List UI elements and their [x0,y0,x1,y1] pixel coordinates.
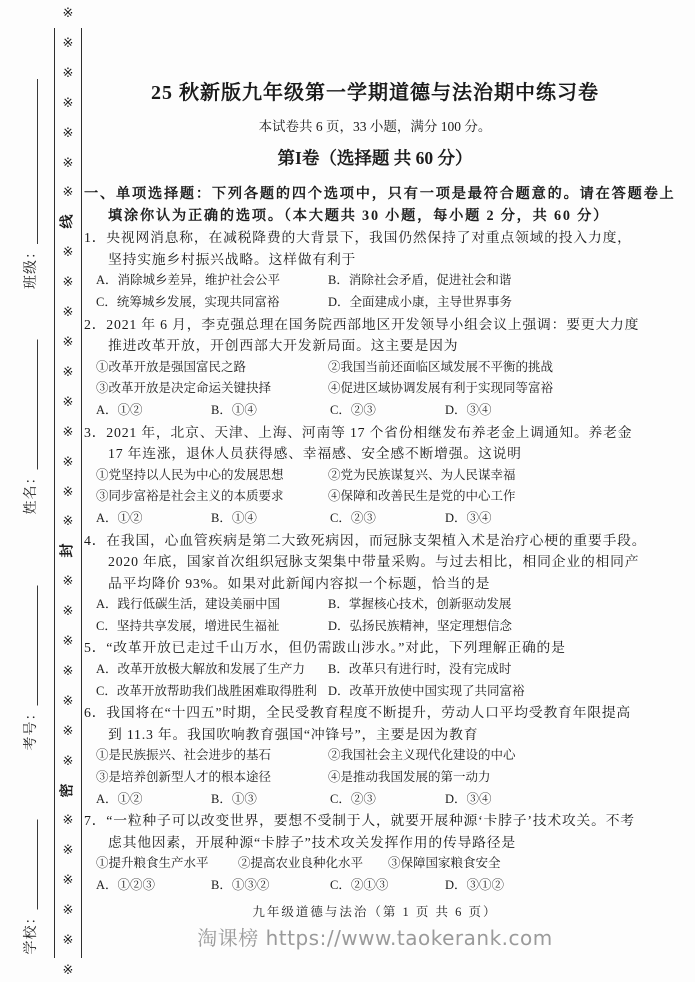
seal-strip-char: ※ [63,425,74,438]
instructions: 一、单项选择题：下列各题的四个选项中，只有一项是最符合题意的。请在答题卷上 填涂… [84,184,666,227]
seal-strip-char: ※ [63,36,74,49]
seal-strip-char: ※ [63,514,74,527]
statement-row: ①是民族振兴、社会进步的基石 ②我国社会主义现代化建设的中心 [84,745,666,767]
option-c: C．改革开放帮助我们战胜困难取得胜利 [96,681,328,703]
seal-strip-char: ※ [63,843,74,856]
option-b: B．消除社会矛盾，促进社会和谐 [328,270,511,292]
option-d: D．弘扬民族精神，坚定理想信念 [328,616,512,638]
exam-number-field-label: 考号： [20,706,40,751]
option-a: A．践行低碳生活，建设美丽中国 [96,594,328,616]
option-d: D．③①② [445,875,504,897]
statement-4: ④保障和改善民生是党的中心工作 [328,486,516,508]
option-d: D．③④ [445,789,492,811]
statement-4: ④是推动我国发展的第一动力 [328,767,491,789]
seal-strip-char: ※ [63,305,74,318]
option-row: A．践行低碳生活，建设美丽中国 B．掌握核心技术，创新驱动发展 [84,594,666,616]
watermark-url: 淘课榜 https://www.taokerank.com [84,926,666,950]
seal-strip-char: ※ [63,365,74,378]
exam-subtitle: 本试卷共 6 页，33 小题，满分 100 分。 [84,118,666,136]
statement-3: ③是培养创新型人才的根本途径 [96,767,328,789]
statement-2: ②提高农业良种化水平 [238,853,388,875]
statement-1: ①党坚持以人民为中心的发展思想 [96,465,328,487]
seal-strip-char: ※ [63,66,74,79]
statement-row: ①提升粮食生产水平 ②提高农业良种化水平 ③保障国家粮食安全 [84,853,666,875]
option-c: C．②①③ [330,875,445,897]
seal-strip-char: ※ [63,933,74,946]
statement-1: ①改革开放是强国富民之路 [96,357,328,379]
question-stem: 1．央视网消息称，在减税降费的大背景下，我国仍然保持了对重点领域的投入力度， [84,227,666,249]
question-stem: 5．“改革开放已走过千山万水，但仍需跋山涉水。”对此，下列理解正确的是 [84,637,666,659]
statement-row: ①党坚持以人民为中心的发展思想 ②党为民族谋复兴、为人民谋幸福 [84,465,666,487]
option-d: D．改革开放使中国实现了共同富裕 [328,681,525,703]
exam-page: 25 秋新版九年级第一学期道德与法治期中练习卷 本试卷共 6 页，33 小题，满… [84,0,666,950]
seal-strip-char: ※ [63,694,74,707]
question-3: 3．2021 年，北京、天津、上海、河南等 17 个省份相继发布养老金上调通知。… [84,422,666,530]
seal-strip-char: ※ [63,963,74,976]
option-c: C．②③ [330,400,445,422]
name-field-label: 姓名： [20,470,40,515]
school-field-blank [22,820,38,910]
seal-strip-char: ※ [63,275,74,288]
option-row: A．改革开放极大解放和发展了生产力 B．改革只有进行时，没有完成时 [84,659,666,681]
question-stem: 推进改革开放，开创西部大开发新局面。这主要是因为 [84,335,666,357]
option-d: D．全面建成小康，主导世界事务 [328,292,512,314]
option-a: A．消除城乡差异，维护社会公平 [96,270,328,292]
seal-strip-char: ※ [63,485,74,498]
statement-row: ③是培养创新型人才的根本途径 ④是推动我国发展的第一动力 [84,767,666,789]
question-7: 7．“一粒种子可以改变世界，要想不受制于人，就要开展种源‘卡脖子’技术攻关。不考… [84,810,666,896]
statement-2: ②我国社会主义现代化建设的中心 [328,745,516,767]
statement-row: ③同步富裕是社会主义的本质要求 ④保障和改善民生是党的中心工作 [84,486,666,508]
option-c: C．②③ [330,789,445,811]
statement-2: ②我国当前还面临区域发展不平衡的挑战 [328,357,553,379]
seal-strip-char: ※ [63,634,74,647]
option-row: A．消除城乡差异，维护社会公平 B．消除社会矛盾，促进社会和谐 [84,270,666,292]
section-title: 第I卷（选择题 共 60 分） [84,146,666,171]
answer-row: A．①②③ B．①③② C．②①③ D．③①② [84,875,666,897]
seal-strip-char: ※ [63,873,74,886]
seal-border-line-right [81,28,82,958]
option-a: A．①②③ [96,875,211,897]
option-c: C．坚持共享发展，增进民生福祉 [96,616,328,638]
seal-strip-char: 密 [62,783,75,797]
seal-strip-char: ※ [63,126,74,139]
instruction-line: 一、单项选择题：下列各题的四个选项中，只有一项是最符合题意的。请在答题卷上 [84,184,666,206]
seal-strip-char: ※ [63,455,74,468]
option-d: D．③④ [445,400,492,422]
option-c: C．统筹城乡发展，实现共同富裕 [96,292,328,314]
question-5: 5．“改革开放已走过千山万水，但仍需跋山涉水。”对此，下列理解正确的是 A．改革… [84,637,666,702]
question-6: 6．我国将在“十四五”时期，全民受教育程度不断提升，劳动人口平均受教育年限提高 … [84,702,666,810]
seal-strip-char: ※ [63,6,74,19]
seal-strip-char: 封 [62,544,75,558]
seal-strip-char: ※ [63,604,74,617]
question-stem: 虑其他因素，开展种源“卡脖子”技术攻关发挥作用的传导路径是 [84,832,666,854]
statement-2: ②党为民族谋复兴、为人民谋幸福 [328,465,516,487]
option-b: B．①③ [211,789,330,811]
statement-3: ③保障国家粮食安全 [388,853,501,875]
option-d: D．③④ [445,508,492,530]
option-row: C．改革开放帮助我们战胜困难取得胜利 D．改革开放使中国实现了共同富裕 [84,681,666,703]
exam-number-field-blank [22,586,38,706]
name-field-blank [22,340,38,470]
footer-page-number: 九年级道德与法治（第 1 页 共 6 页） [84,904,666,920]
statement-1: ①提升粮食生产水平 [96,853,238,875]
question-4: 4．在我国，心血管疾病是第二大致死病因，而冠脉支架植入术是治疗心梗的重要手段。 … [84,530,666,638]
seal-strip-char: ※ [63,335,74,348]
question-list: 1．央视网消息称，在减税降费的大背景下，我国仍然保持了对重点领域的投入力度， 坚… [84,227,666,896]
seal-strip-char: ※ [63,813,74,826]
seal-strip-char: ※ [63,395,74,408]
statement-3: ③同步富裕是社会主义的本质要求 [96,486,328,508]
answer-row: A．①② B．①③ C．②③ D．③④ [84,789,666,811]
statement-4: ④促进区域协调发展有利于实现同等富裕 [328,378,553,400]
seal-strip-char: 线 [62,215,75,229]
question-stem: 2020 年底，国家首次组织冠脉支架集中带量采购。与过去相比，相同企业的相同产 [84,551,666,573]
seal-strip-char: ※ [63,724,74,737]
statement-row: ①改革开放是强国富民之路 ②我国当前还面临区域发展不平衡的挑战 [84,357,666,379]
question-stem: 7．“一粒种子可以改变世界，要想不受制于人，就要开展种源‘卡脖子’技术攻关。不考 [84,810,666,832]
question-stem: 4．在我国，心血管疾病是第二大致死病因，而冠脉支架植入术是治疗心梗的重要手段。 [84,530,666,552]
answer-row: A．①② B．①④ C．②③ D．③④ [84,508,666,530]
seal-strip-char: ※ [63,156,74,169]
option-row: C．坚持共享发展，增进民生福祉 D．弘扬民族精神，坚定理想信念 [84,616,666,638]
seal-strip-char: ※ [63,574,74,587]
option-b: B．①④ [211,400,330,422]
seal-strip-char: ※ [63,185,74,198]
statement-row: ③改革开放是决定命运关键抉择 ④促进区域协调发展有利于实现同等富裕 [84,378,666,400]
option-a: A．改革开放极大解放和发展了生产力 [96,659,328,681]
exam-title: 25 秋新版九年级第一学期道德与法治期中练习卷 [84,80,666,106]
seal-strip-char: ※ [63,664,74,677]
question-stem: 品平均降价 93%。如果对此新闻内容拟一个标题，恰当的是 [84,573,666,595]
question-stem: 坚持实施乡村振兴战略。这样做有利于 [84,249,666,271]
question-stem: 到 11.3 年。我国吹响教育强国“冲锋号”，主要是因为教育 [84,724,666,746]
question-2: 2．2021 年 6 月，李克强总理在国务院西部地区开发领导小组会议上强调：要更… [84,314,666,422]
option-c: C．②③ [330,508,445,530]
seal-strip: ※※※※※※※线※※※※※※※※※※封※※※※※※※密※※※※※※ [55,6,81,976]
question-stem: 2．2021 年 6 月，李克强总理在国务院西部地区开发领导小组会议上强调：要更… [84,314,666,336]
seal-strip-char: ※ [63,754,74,767]
seal-strip-char: ※ [63,903,74,916]
question-stem: 17 年连涨，退休人员获得感、幸福感、安全感不断增强。这说明 [84,443,666,465]
option-b: B．掌握核心技术，创新驱动发展 [328,594,511,616]
option-b: B．①④ [211,508,330,530]
option-row: C．统筹城乡发展，实现共同富裕 D．全面建成小康，主导世界事务 [84,292,666,314]
option-b: B．①③② [211,875,330,897]
option-b: B．改革只有进行时，没有完成时 [328,659,511,681]
option-a: A．①② [96,400,211,422]
statement-1: ①是民族振兴、社会进步的基石 [96,745,328,767]
seal-strip-char: ※ [63,245,74,258]
option-a: A．①② [96,508,211,530]
question-stem: 6．我国将在“十四五”时期，全民受教育程度不断提升，劳动人口平均受教育年限提高 [84,702,666,724]
option-a: A．①② [96,789,211,811]
question-1: 1．央视网消息称，在减税降费的大背景下，我国仍然保持了对重点领域的投入力度， 坚… [84,227,666,313]
class-field-blank [22,79,38,244]
statement-3: ③改革开放是决定命运关键抉择 [96,378,328,400]
question-stem: 3．2021 年，北京、天津、上海、河南等 17 个省份相继发布养老金上调通知。… [84,422,666,444]
class-field-label: 班级： [20,244,40,289]
seal-strip-char: ※ [63,96,74,109]
answer-row: A．①② B．①④ C．②③ D．③④ [84,400,666,422]
school-field-label: 学校： [20,910,40,955]
instruction-line: 填涂你认为正确的选项。（本大题共 30 小题，每小题 2 分，共 60 分） [84,206,666,228]
